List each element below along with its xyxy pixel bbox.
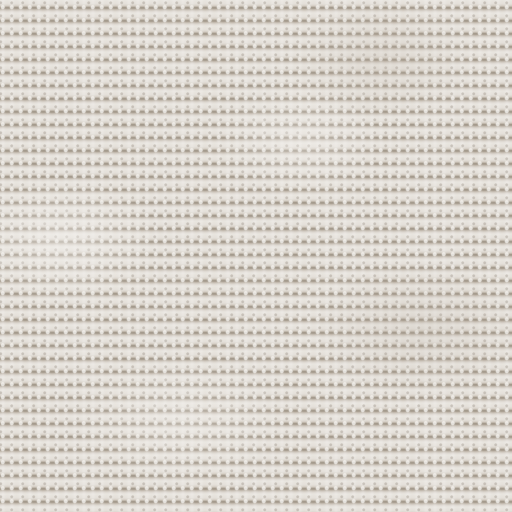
tonal-variation xyxy=(0,0,512,512)
fabric-texture-image xyxy=(0,0,512,512)
